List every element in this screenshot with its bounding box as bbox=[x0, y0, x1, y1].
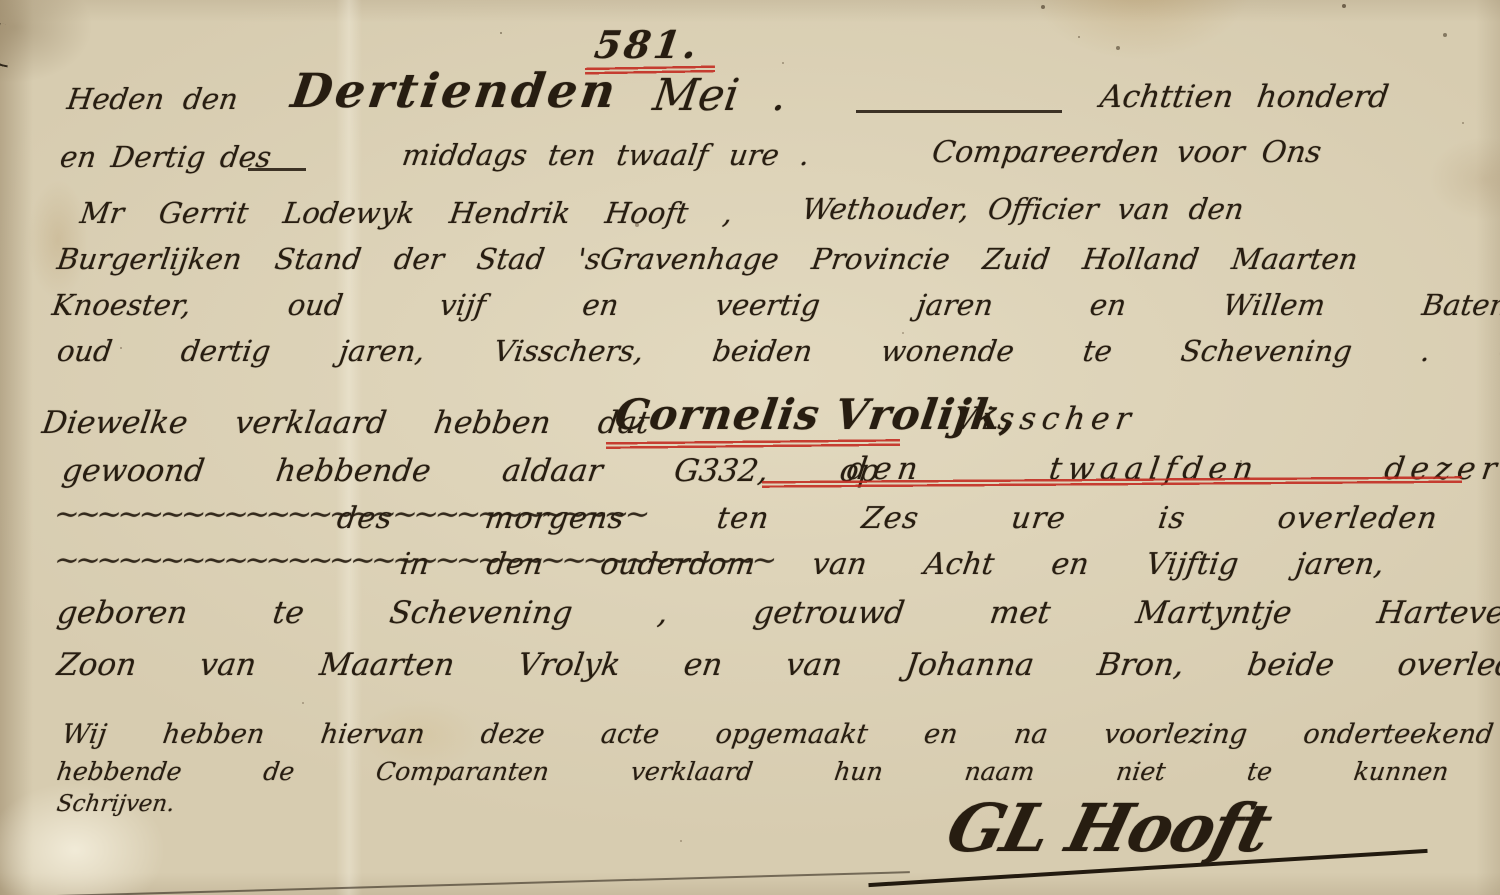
line6-witnesses-residence: oud dertig jaren, Visschers, beiden wone… bbox=[55, 336, 1500, 368]
filler-dash bbox=[856, 110, 1062, 113]
paper-stain bbox=[28, 180, 88, 300]
line1-day: Dertienden bbox=[288, 66, 621, 118]
line14-closing: hebbende de Comparanten verklaard hun na… bbox=[55, 758, 1450, 786]
signature-hairline bbox=[0, 871, 910, 895]
line8-residence: gewoond hebbende aldaar G332, op bbox=[60, 454, 881, 488]
line1-opening: Heden den bbox=[65, 84, 240, 116]
filler-dash bbox=[248, 168, 306, 171]
edge-ink-mark bbox=[0, 22, 16, 67]
line9-time-of-death: des morgens ten Zes ure is overleden bbox=[335, 502, 1440, 535]
document-photo: { "page": { "act_number": "581.", "p1": … bbox=[0, 0, 1500, 895]
act-number: 581. bbox=[592, 24, 702, 66]
line11-birth-and-marriage: geboren te Schevening , getrouwd met Mar… bbox=[55, 596, 1500, 630]
line12-parents: Zoon van Maarten Vrolyk en van Johanna B… bbox=[55, 648, 1500, 682]
paper-specks bbox=[0, 0, 2, 2]
line7-occupation: Visscher bbox=[952, 402, 1139, 436]
deceased-name-red-underline bbox=[606, 438, 900, 449]
line7-declaration: Diewelke verklaard hebben dat bbox=[40, 406, 651, 440]
line3-registrar-title: Wethouder, Officier van den bbox=[800, 194, 1246, 226]
line13-closing: Wij hebben hiervan deze acte opgemaakt e… bbox=[60, 720, 1495, 750]
line2-part-a: en Dertig des bbox=[58, 142, 273, 174]
line5-witness1: Knoester, oud vijf en veertig jaren en W… bbox=[50, 290, 1500, 322]
line2-part-b: middags ten twaalf ure . bbox=[400, 140, 811, 172]
line15-closing: Schrijven. bbox=[55, 792, 176, 817]
line2-part-c: Compareerden voor Ons bbox=[930, 136, 1323, 169]
official-signature: GL Hooft bbox=[940, 792, 1277, 865]
line3-registrar-name: Mr Gerrit Lodewyk Hendrik Hooft , bbox=[78, 198, 735, 230]
line10-age: in den ouderdom van Acht en Vijftig jare… bbox=[398, 548, 1386, 581]
line1-month: Mei . bbox=[650, 72, 790, 120]
line4-civil-registry: Burgerlijken Stand der Stad 'sGravenhage… bbox=[55, 244, 1360, 276]
line1-year: Achttien honderd bbox=[1098, 80, 1391, 114]
